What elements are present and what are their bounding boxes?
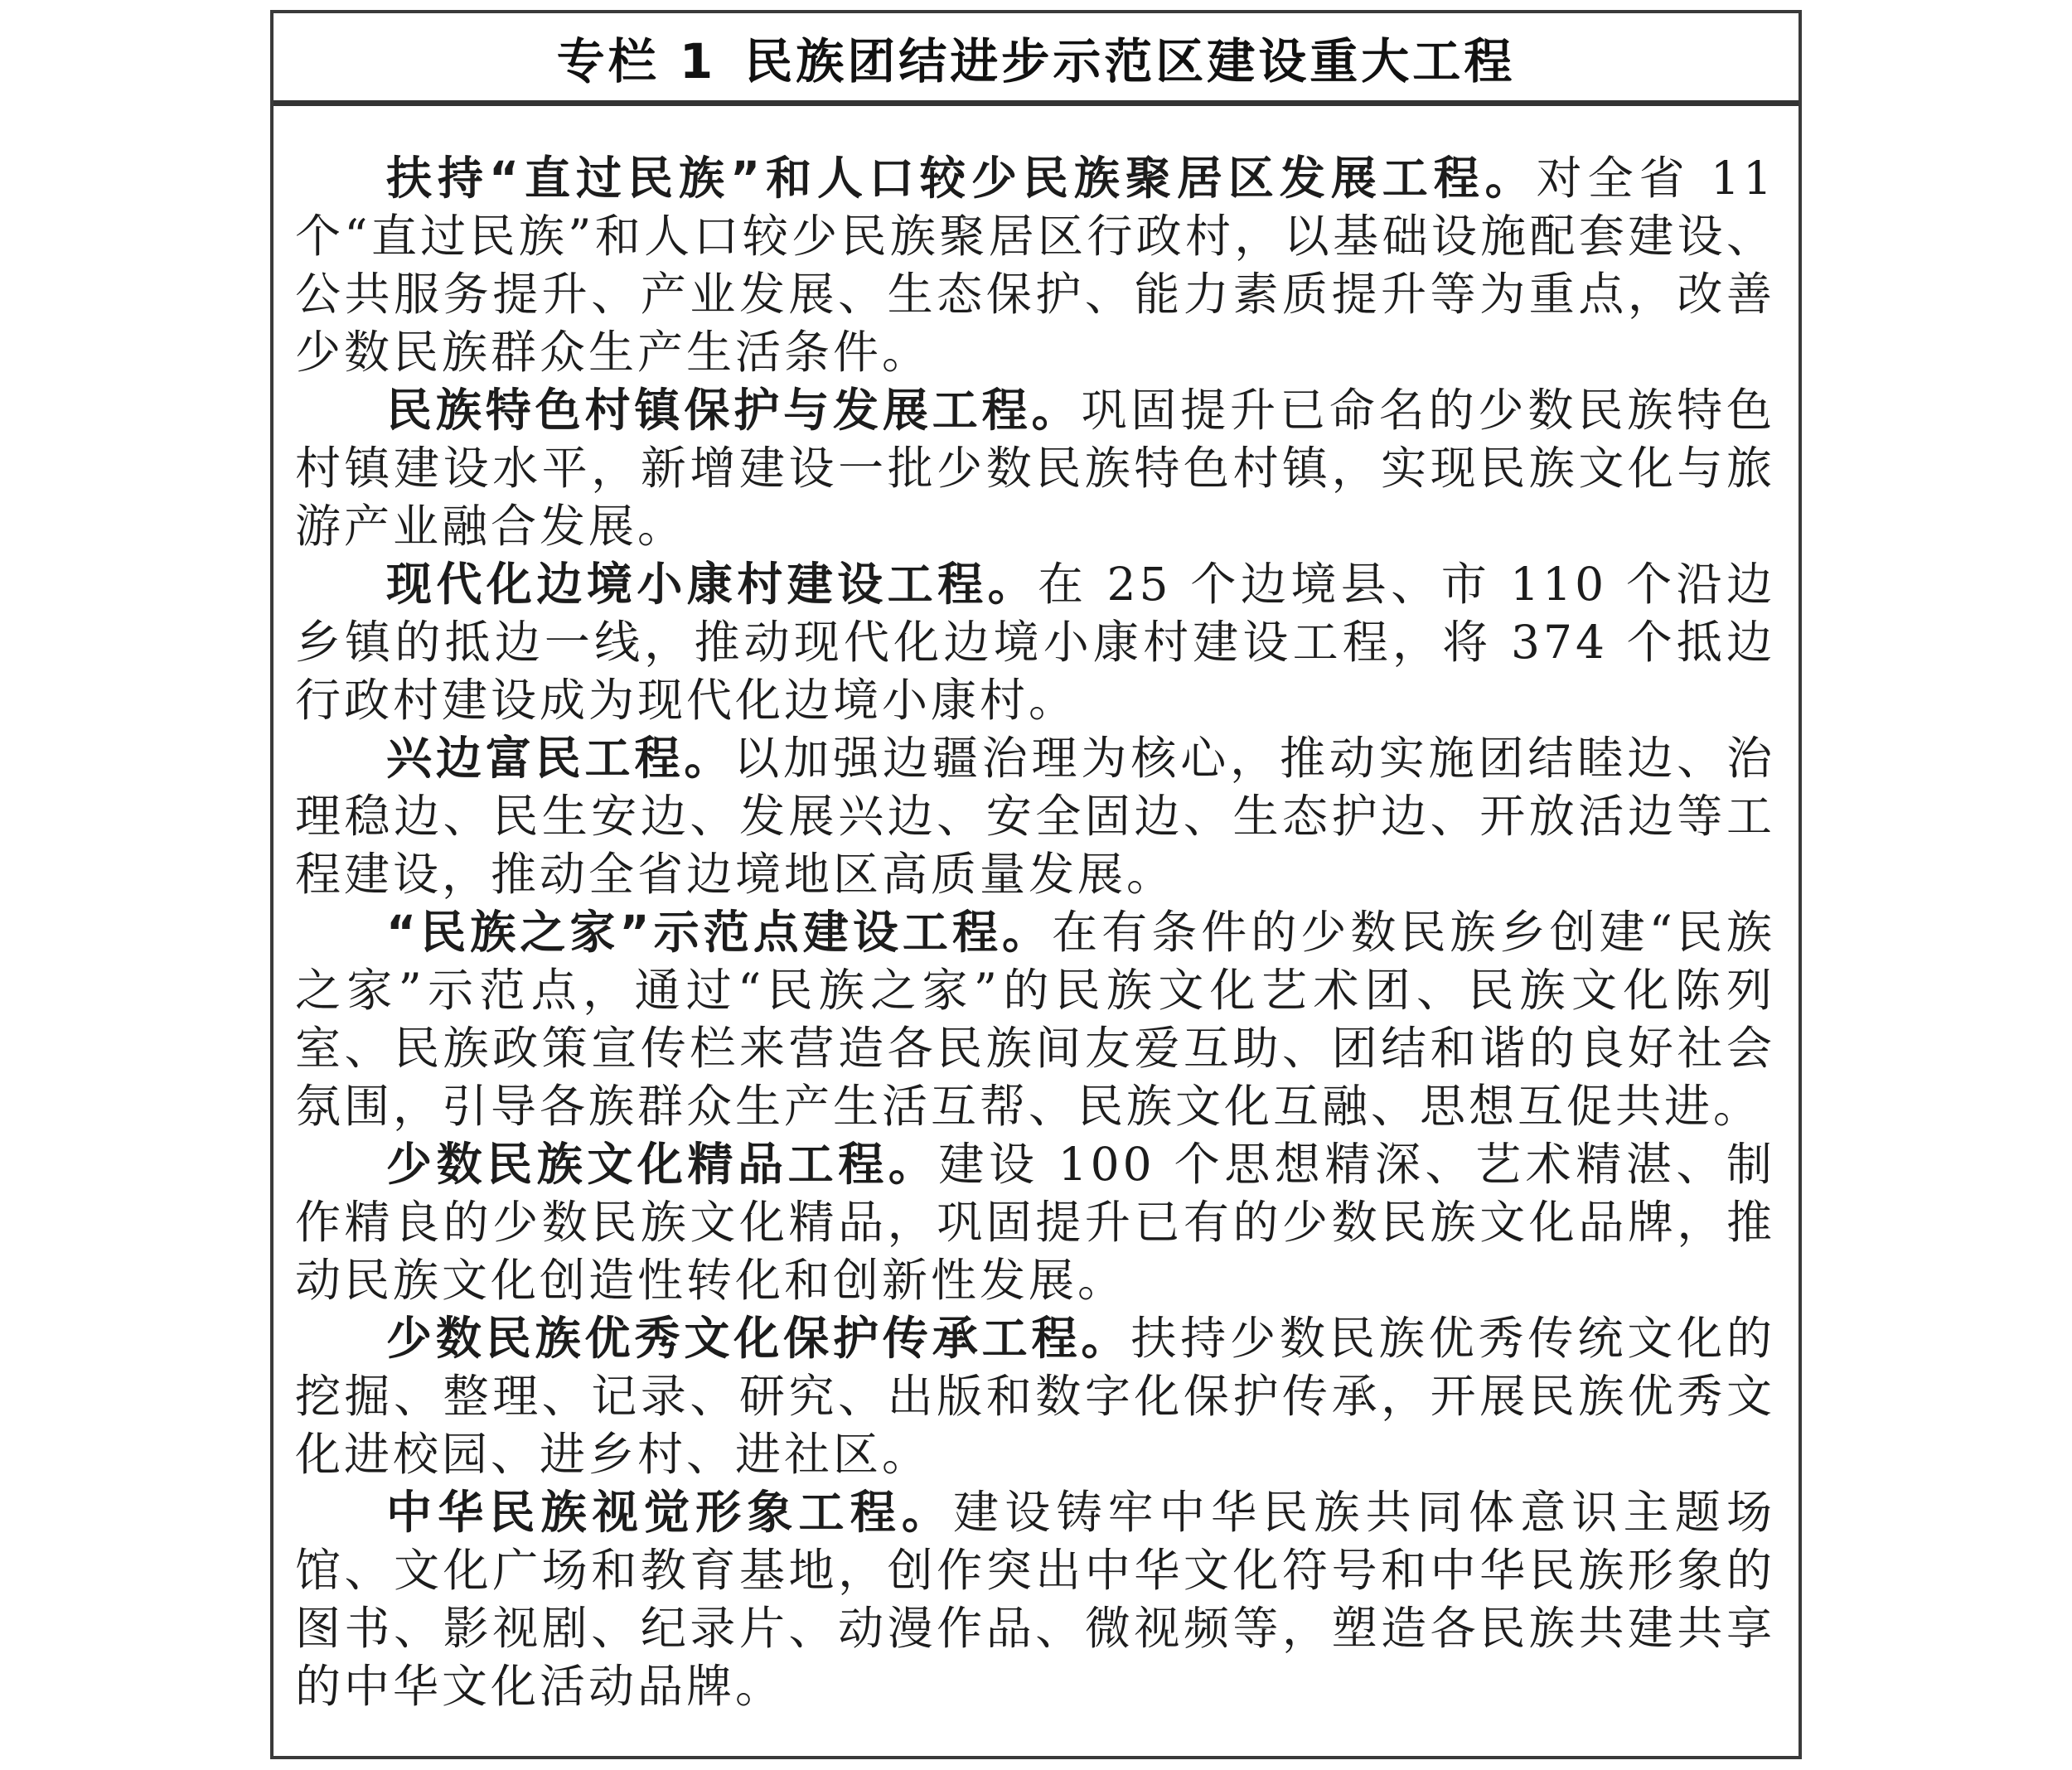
paragraph-project-3: 现代化边境小康村建设工程。在 25 个边境县、市 110 个沿边乡镇的抵边一线，… bbox=[295, 555, 1775, 729]
paragraph-project-6: 少数民族文化精品工程。建设 100 个思想精深、艺术精湛、制作精良的少数民族文化… bbox=[295, 1135, 1775, 1309]
paragraph-project-4: 兴边富民工程。以加强边疆治理为核心，推动实施团结睦边、治理稳边、民生安边、发展兴… bbox=[295, 729, 1775, 903]
paragraph-6-lead: 少数民族文化精品工程。 bbox=[386, 1138, 938, 1191]
column-panel: 专栏 1 民族团结进步示范区建设重大工程 扶持“直过民族”和人口较少民族聚居区发… bbox=[270, 10, 1802, 1759]
panel-title-label: 专栏 1 bbox=[557, 22, 717, 92]
panel-body: 扶持“直过民族”和人口较少民族聚居区发展工程。对全省 11 个“直过民族”和人口… bbox=[274, 106, 1798, 1715]
paragraph-5-lead: “民族之家”示范点建设工程。 bbox=[386, 906, 1052, 959]
paragraph-4-lead: 兴边富民工程。 bbox=[386, 732, 733, 785]
paragraph-2-lead: 民族特色村镇保护与发展工程。 bbox=[386, 384, 1081, 437]
panel-title-bar: 专栏 1 民族团结进步示范区建设重大工程 bbox=[274, 13, 1798, 106]
paragraph-project-5: “民族之家”示范点建设工程。在有条件的少数民族乡创建“民族之家”示范点，通过“民… bbox=[295, 903, 1775, 1135]
paragraph-project-8: 中华民族视觉形象工程。建设铸牢中华民族共同体意识主题场馆、文化广场和教育基地，创… bbox=[295, 1483, 1775, 1715]
paragraph-project-1: 扶持“直过民族”和人口较少民族聚居区发展工程。对全省 11 个“直过民族”和人口… bbox=[295, 149, 1775, 381]
paragraph-8-lead: 中华民族视觉形象工程。 bbox=[386, 1486, 953, 1539]
paragraph-project-7: 少数民族优秀文化保护传承工程。扶持少数民族优秀传统文化的挖掘、整理、记录、研究、… bbox=[295, 1309, 1775, 1483]
paragraph-7-lead: 少数民族优秀文化保护传承工程。 bbox=[386, 1312, 1130, 1365]
panel-title-text: 民族团结进步示范区建设重大工程 bbox=[744, 22, 1515, 92]
paragraph-3-lead: 现代化边境小康村建设工程。 bbox=[386, 558, 1038, 611]
paragraph-project-2: 民族特色村镇保护与发展工程。巩固提升已命名的少数民族特色村镇建设水平，新增建设一… bbox=[295, 381, 1775, 555]
paragraph-1-lead: 扶持“直过民族”和人口较少民族聚居区发展工程。 bbox=[386, 152, 1537, 205]
